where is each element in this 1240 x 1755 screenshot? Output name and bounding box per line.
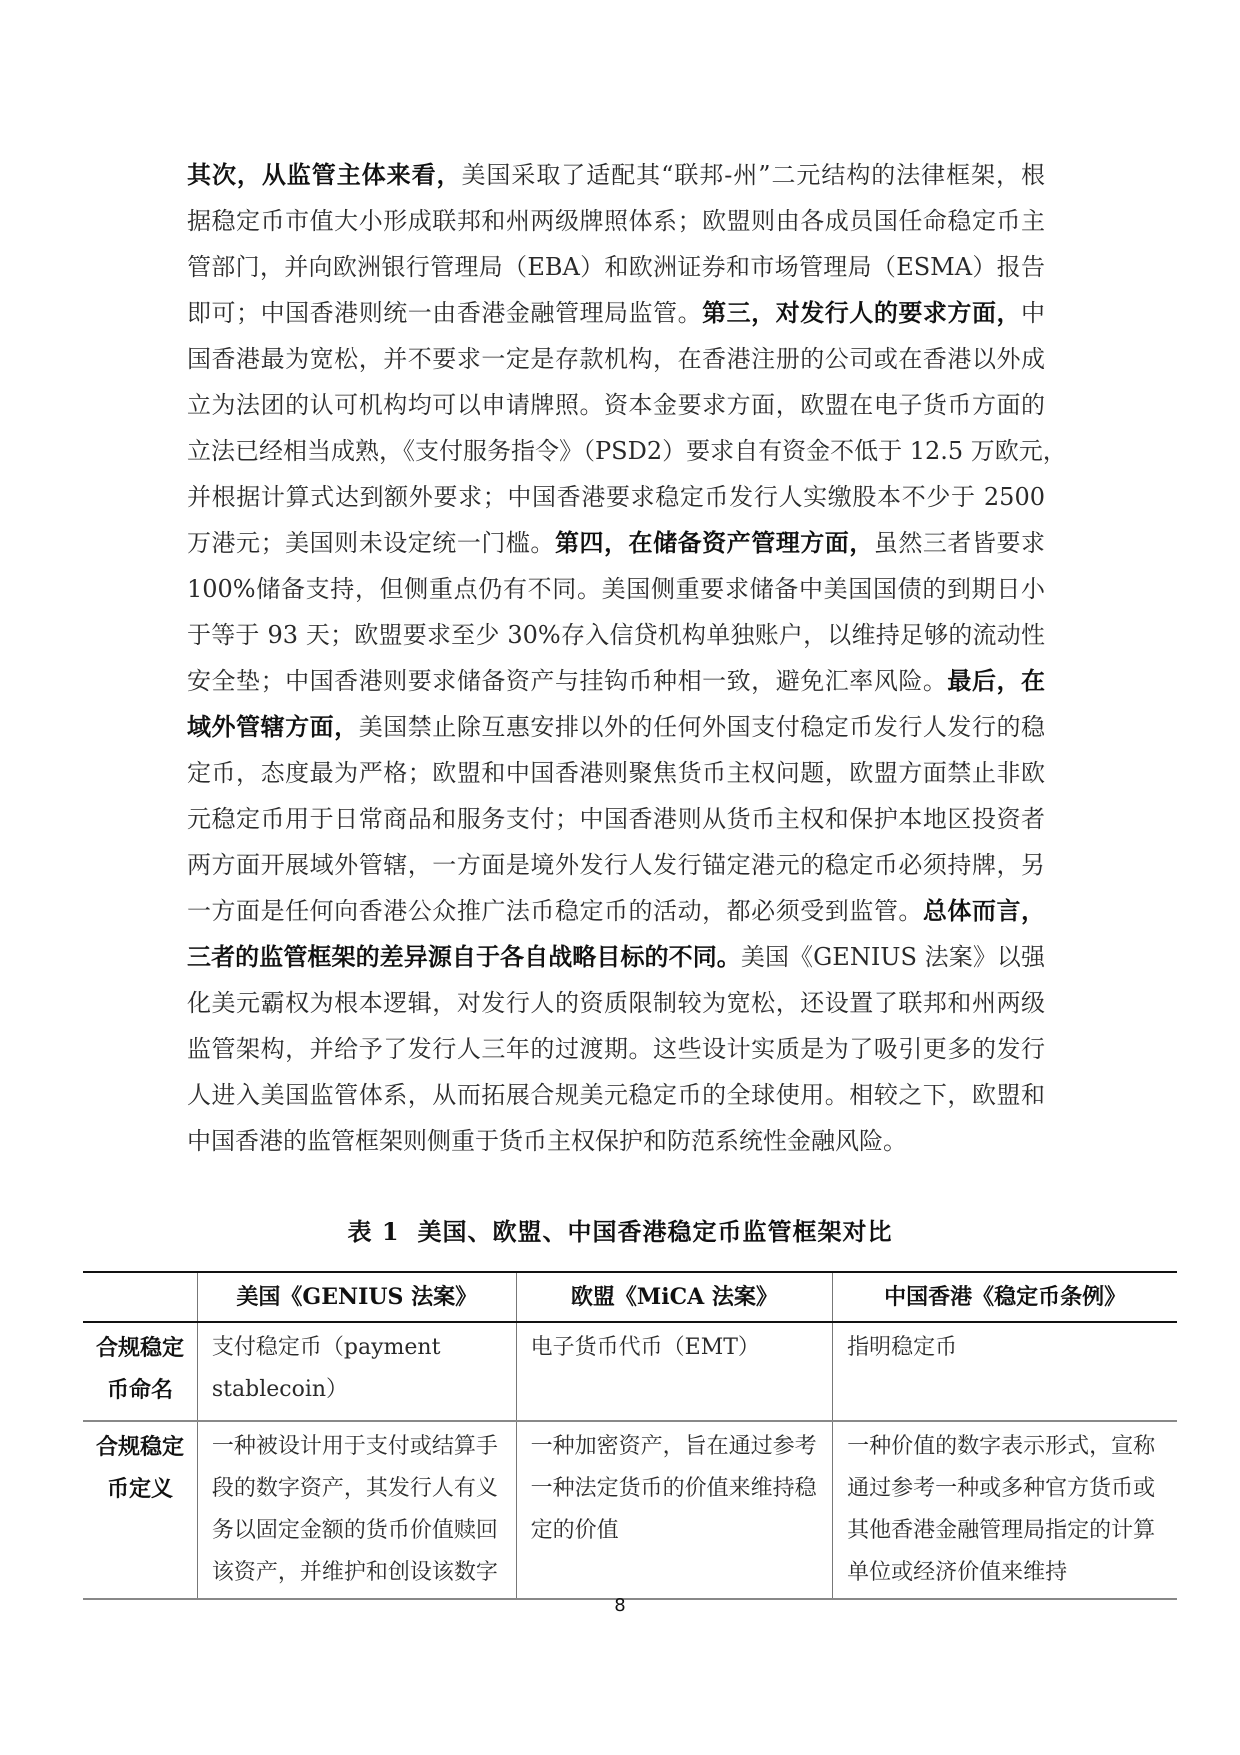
paragraph-line: 即可；中国香港则统一由香港金融管理局监管。第三，对发行人的要求方面，中 [187, 290, 1045, 336]
paragraph-line: 两方面开展域外管辖，一方面是境外发行人发行锚定港元的稳定币必须持牌，另 [187, 842, 1045, 888]
body-text: 美国《GENIUS 法案》以强 [741, 943, 1045, 971]
paragraph-line: 万港元；美国则未设定统一门槛。第四，在储备资产管理方面，虽然三者皆要求 [187, 520, 1045, 566]
cell-eu: 一种加密资产，旨在通过参考一种法定货币的价值来维持稳定的价值 [516, 1421, 833, 1599]
table-header-row: 美国《GENIUS 法案》 欧盟《MiCA 法案》 中国香港《稳定币条例》 [83, 1272, 1177, 1322]
body-text: 化美元霸权为根本逻辑，对发行人的资质限制较为宽松，还设置了联邦和州两级 [187, 989, 1045, 1017]
paragraph-line: 定币，态度最为严格；欧盟和中国香港则聚焦货币主权问题，欧盟方面禁止非欧 [187, 750, 1045, 796]
paragraph-line: 三者的监管框架的差异源自于各自战略目标的不同。美国《GENIUS 法案》以强 [187, 934, 1045, 980]
emphasis-text: 最后，在 [947, 666, 1045, 695]
cell-hk: 指明稳定币 [833, 1322, 1177, 1421]
paragraph-line: 域外管辖方面，美国禁止除互惠安排以外的任何外国支付稳定币发行人发行的稳 [187, 704, 1045, 750]
body-text: 100%储备支持，但侧重点仍有不同。美国侧重要求储备中美国国债的到期日小 [187, 575, 1045, 603]
paragraph-line: 监管架构，并给予了发行人三年的过渡期。这些设计实质是为了吸引更多的发行 [187, 1026, 1045, 1072]
comparison-table: 美国《GENIUS 法案》 欧盟《MiCA 法案》 中国香港《稳定币条例》 合规… [83, 1271, 1177, 1600]
paragraph-line: 并根据计算式达到额外要求；中国香港要求稳定币发行人实缴股本不少于 2500 [187, 474, 1045, 520]
body-text: 虽然三者皆要求 [874, 529, 1045, 557]
emphasis-text: 第四，在储备资产管理方面， [555, 528, 874, 557]
row-label: 合规稳定币定义 [83, 1421, 197, 1599]
emphasis-text: 其次，从监管主体来看， [187, 160, 461, 189]
body-text: 管部门，并向欧洲银行管理局（EBA）和欧洲证券和市场管理局（ESMA）报告 [187, 253, 1045, 281]
paragraph-line: 人进入美国监管体系，从而拓展合规美元稳定币的全球使用。相较之下，欧盟和 [187, 1072, 1045, 1118]
header-eu: 欧盟《MiCA 法案》 [516, 1272, 833, 1322]
table-caption: 表 1美国、欧盟、中国香港稳定币监管框架对比 [0, 1212, 1240, 1247]
body-text: 一方面是任何向香港公众推广法币稳定币的活动，都必须受到监管。 [187, 897, 923, 925]
table-row: 合规稳定币定义 一种被设计用于支付或结算手段的数字资产，其发行人有义务以固定金额… [83, 1421, 1177, 1599]
body-text: 两方面开展域外管辖，一方面是境外发行人发行锚定港元的稳定币必须持牌，另 [187, 851, 1045, 879]
body-text: 即可；中国香港则统一由香港金融管理局监管。 [187, 299, 702, 327]
cell-us: 一种被设计用于支付或结算手段的数字资产，其发行人有义务以固定金额的货币价值赎回该… [197, 1421, 516, 1599]
emphasis-text: 总体而言， [923, 896, 1045, 925]
paragraph-line: 安全垫；中国香港则要求储备资产与挂钩币种相一致，避免汇率风险。最后，在 [187, 658, 1045, 704]
page-number: 8 [0, 1595, 1240, 1616]
body-text: 中国香港的监管框架则侧重于货币主权保护和防范系统性金融风险。 [187, 1127, 907, 1155]
body-text: 美国禁止除互惠安排以外的任何外国支付稳定币发行人发行的稳 [359, 713, 1045, 741]
paragraph-line: 一方面是任何向香港公众推广法币稳定币的活动，都必须受到监管。总体而言， [187, 888, 1045, 934]
cell-eu: 电子货币代币（EMT） [516, 1322, 833, 1421]
body-text: 并根据计算式达到额外要求；中国香港要求稳定币发行人实缴股本不少于 2500 [187, 483, 1045, 511]
document-page: 其次，从监管主体来看，美国采取了适配其“联邦-州”二元结构的法律框架，根据稳定币… [0, 0, 1240, 1755]
paragraph-line: 其次，从监管主体来看，美国采取了适配其“联邦-州”二元结构的法律框架，根 [187, 152, 1045, 198]
body-text: 立法已经相当成熟，《支付服务指令》（PSD2）要求自有资金不低于 12.5 万欧… [187, 437, 1067, 465]
paragraph-line: 管部门，并向欧洲银行管理局（EBA）和欧洲证券和市场管理局（ESMA）报告 [187, 244, 1045, 290]
body-text: 监管架构，并给予了发行人三年的过渡期。这些设计实质是为了吸引更多的发行 [187, 1035, 1045, 1063]
body-text: 安全垫；中国香港则要求储备资产与挂钩币种相一致，避免汇率风险。 [187, 667, 947, 695]
table-caption-number: 表 1 [347, 1217, 399, 1246]
cell-us: 支付稳定币（payment stablecoin） [197, 1322, 516, 1421]
body-text: 万港元；美国则未设定统一门槛。 [187, 529, 555, 557]
paragraph-line: 中国香港的监管框架则侧重于货币主权保护和防范系统性金融风险。 [187, 1118, 1045, 1164]
emphasis-text: 域外管辖方面， [187, 712, 359, 741]
body-text: 中 [1021, 299, 1045, 327]
paragraph-line: 元稳定币用于日常商品和服务支付；中国香港则从货币主权和保护本地区投资者 [187, 796, 1045, 842]
body-text: 定币，态度最为严格；欧盟和中国香港则聚焦货币主权问题，欧盟方面禁止非欧 [187, 759, 1045, 787]
paragraph-line: 化美元霸权为根本逻辑，对发行人的资质限制较为宽松，还设置了联邦和州两级 [187, 980, 1045, 1026]
body-text: 元稳定币用于日常商品和服务支付；中国香港则从货币主权和保护本地区投资者 [187, 805, 1045, 833]
body-paragraph: 其次，从监管主体来看，美国采取了适配其“联邦-州”二元结构的法律框架，根据稳定币… [187, 152, 1045, 1164]
body-text: 美国采取了适配其“联邦-州”二元结构的法律框架，根 [461, 161, 1045, 189]
paragraph-line: 据稳定币市值大小形成联邦和州两级牌照体系；欧盟则由各成员国任命稳定币主 [187, 198, 1045, 244]
row-label: 合规稳定币命名 [83, 1322, 197, 1421]
table-row: 合规稳定币命名 支付稳定币（payment stablecoin） 电子货币代币… [83, 1322, 1177, 1421]
body-text: 据稳定币市值大小形成联邦和州两级牌照体系；欧盟则由各成员国任命稳定币主 [187, 207, 1045, 235]
paragraph-line: 于等于 93 天；欧盟要求至少 30%存入信贷机构单独账户，以维持足够的流动性 [187, 612, 1045, 658]
header-empty [83, 1272, 197, 1322]
paragraph-line: 立法已经相当成熟，《支付服务指令》（PSD2）要求自有资金不低于 12.5 万欧… [187, 428, 1045, 474]
header-hk: 中国香港《稳定币条例》 [833, 1272, 1177, 1322]
paragraph-line: 立为法团的认可机构均可以申请牌照。资本金要求方面，欧盟在电子货币方面的 [187, 382, 1045, 428]
paragraph-line: 100%储备支持，但侧重点仍有不同。美国侧重要求储备中美国国债的到期日小 [187, 566, 1045, 612]
emphasis-text: 三者的监管框架的差异源自于各自战略目标的不同。 [187, 942, 741, 971]
table-caption-title: 美国、欧盟、中国香港稳定币监管框架对比 [418, 1217, 893, 1246]
cell-hk: 一种价值的数字表示形式，宣称通过参考一种或多种官方货币或其他香港金融管理局指定的… [833, 1421, 1177, 1599]
body-text: 国香港最为宽松，并不要求一定是存款机构，在香港注册的公司或在香港以外成 [187, 345, 1045, 373]
body-text: 立为法团的认可机构均可以申请牌照。资本金要求方面，欧盟在电子货币方面的 [187, 391, 1045, 419]
header-us: 美国《GENIUS 法案》 [197, 1272, 516, 1322]
body-text: 人进入美国监管体系，从而拓展合规美元稳定币的全球使用。相较之下，欧盟和 [187, 1081, 1045, 1109]
body-text: 于等于 93 天；欧盟要求至少 30%存入信贷机构单独账户，以维持足够的流动性 [187, 621, 1045, 649]
paragraph-line: 国香港最为宽松，并不要求一定是存款机构，在香港注册的公司或在香港以外成 [187, 336, 1045, 382]
emphasis-text: 第三，对发行人的要求方面， [702, 298, 1021, 327]
